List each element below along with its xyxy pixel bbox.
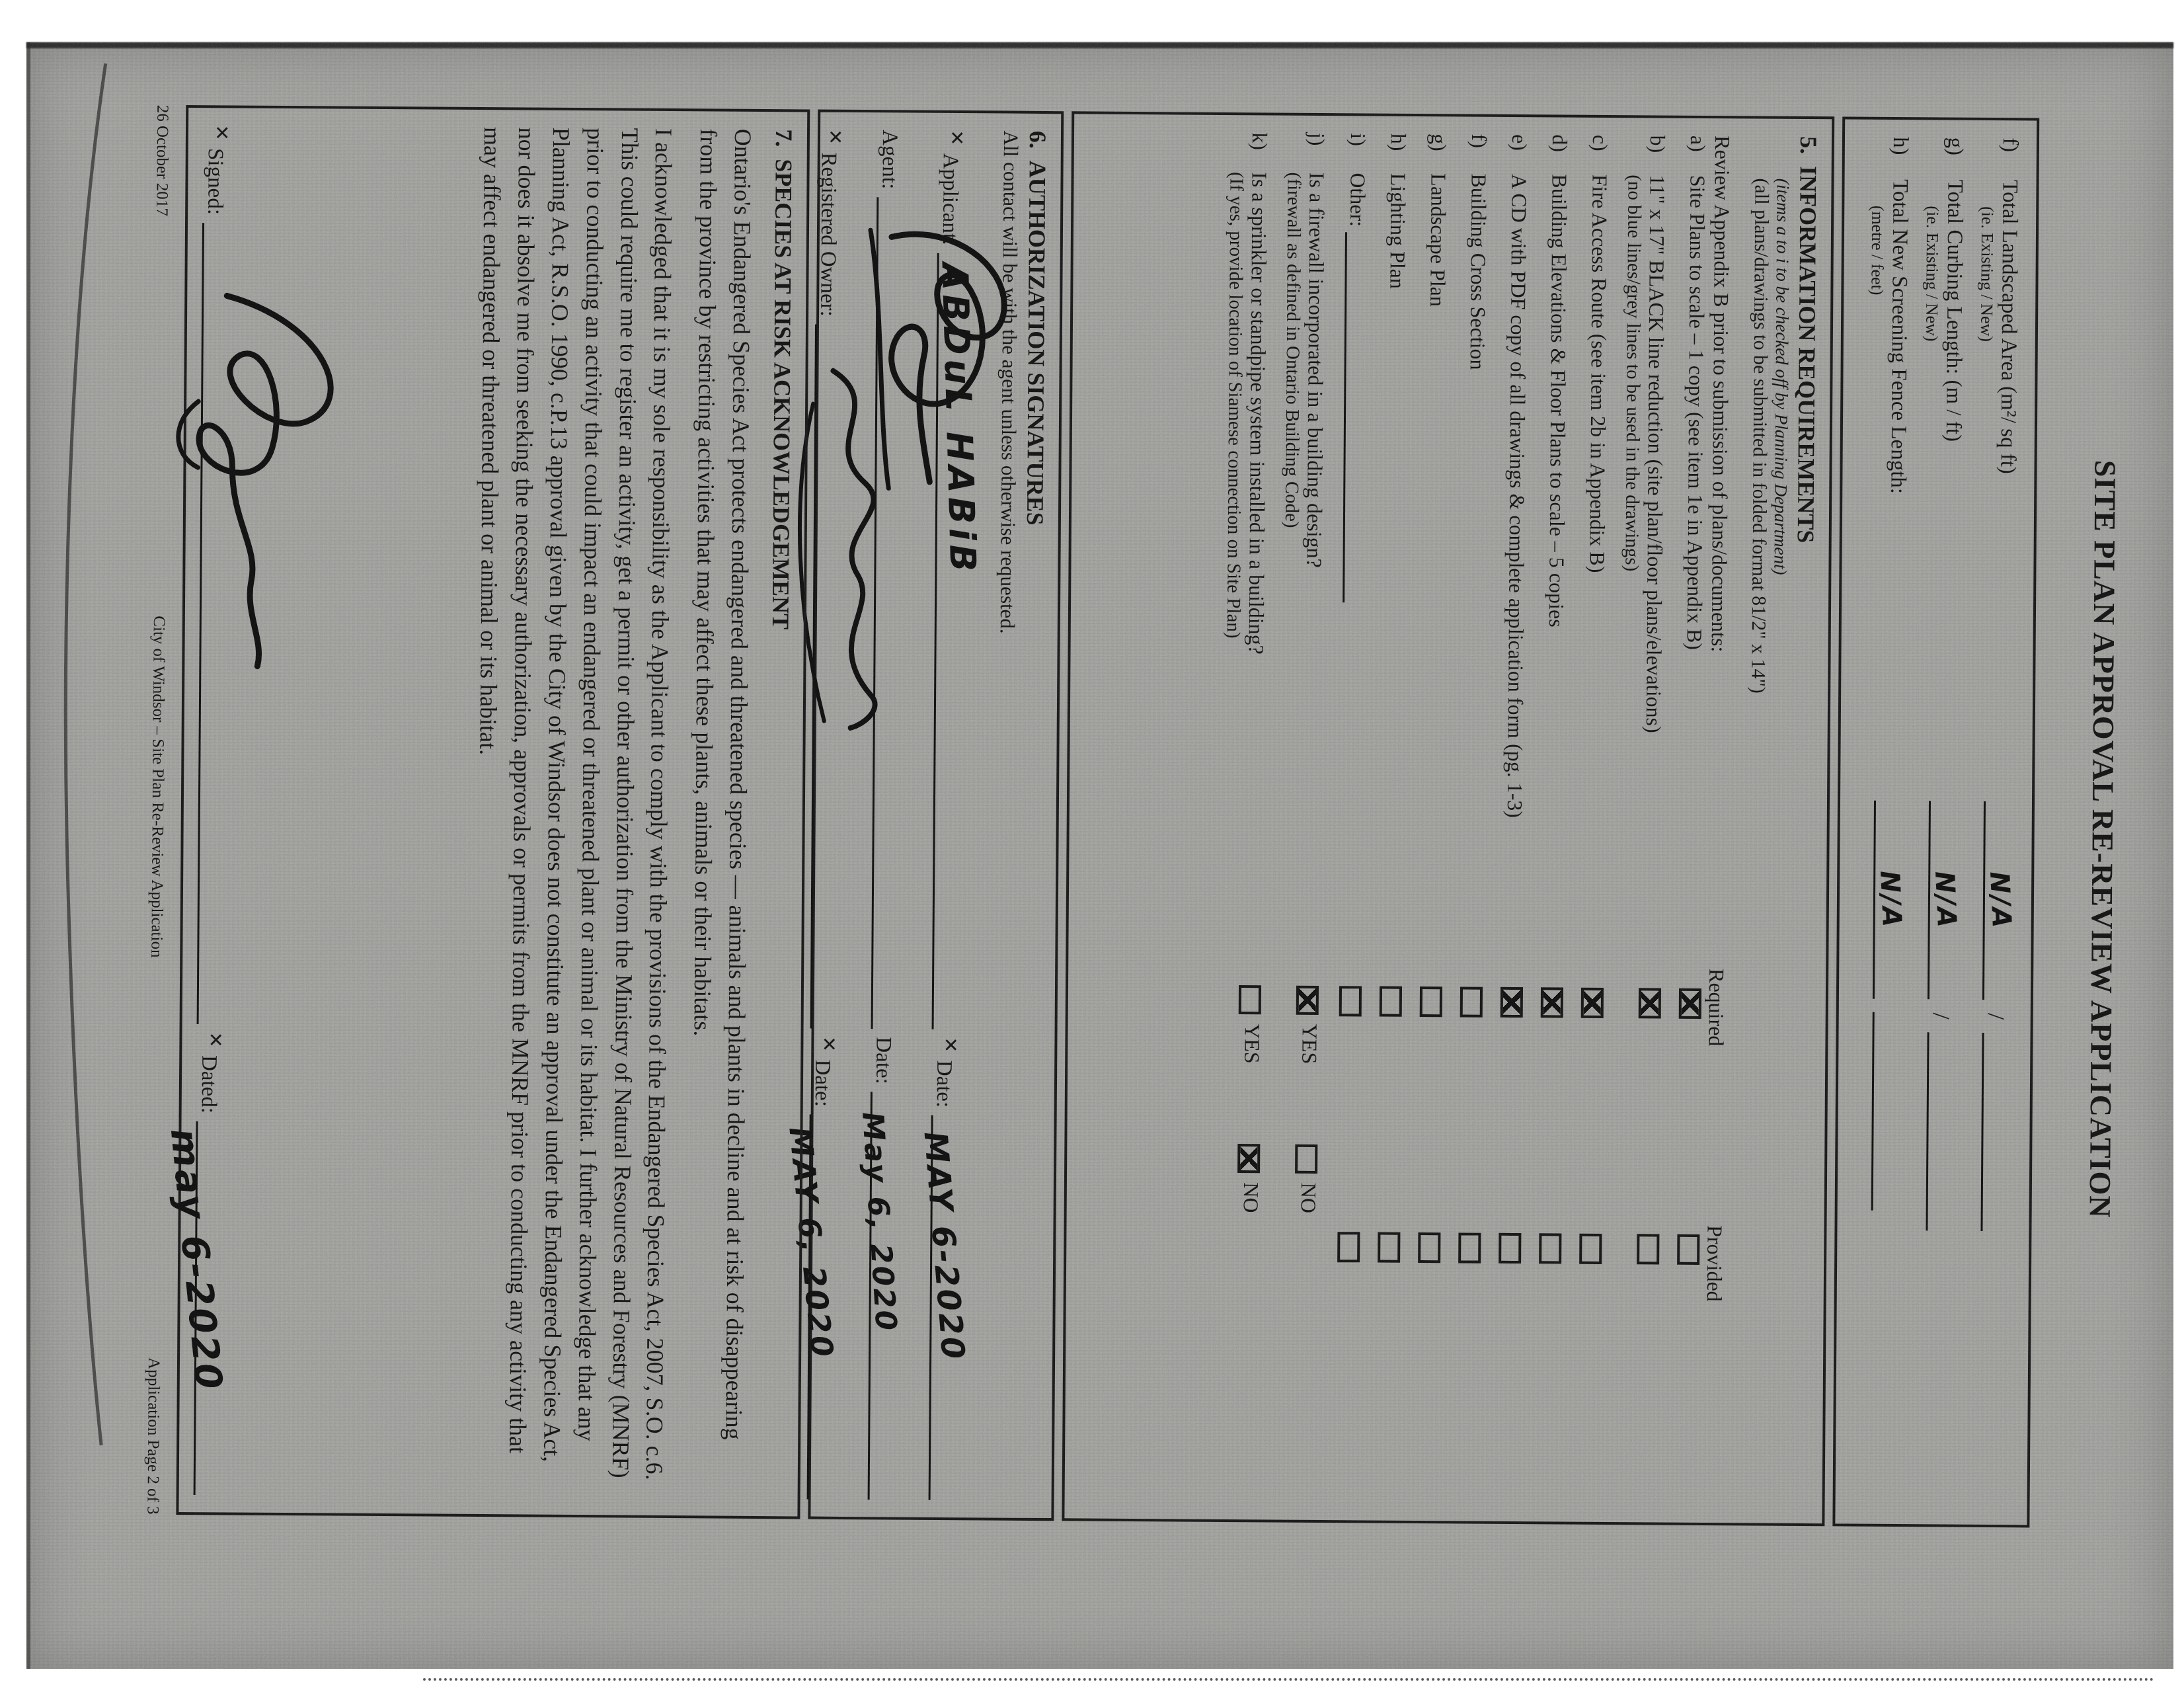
section-5-information-requirements: 5. INFORMATION REQUIREMENTS (items a to …	[1062, 111, 1834, 1526]
requirement-row-c: c)Fire Access Route (see item 2b in Appe…	[1574, 135, 1612, 1505]
row-sublabel: (metre / feet)	[1863, 206, 1887, 774]
date-label: Date:	[871, 1037, 895, 1084]
acknowledgement-paragraph: I acknowledged that it is my sole respon…	[465, 127, 680, 1484]
row-id: f)	[1998, 138, 2022, 180]
date-label: Date:	[931, 1061, 956, 1108]
provided-checkbox	[1677, 1234, 1699, 1265]
item-label: Is a sprinkler or standpipe system insta…	[1245, 172, 1272, 655]
item-label: Other:	[1345, 173, 1370, 227]
item-sublabel: (If yes, provide location of Siamese con…	[1222, 172, 1247, 655]
requirement-row-b: b)11" x 17" BLACK line reduction (site p…	[1614, 135, 1670, 1505]
provided-checkbox	[1378, 1232, 1400, 1263]
footer-document-name: City of Windsor – Site Plan Re-Review Ap…	[147, 616, 168, 957]
requirement-row-d: d)Building Elevations & Floor Plans to s…	[1534, 134, 1572, 1504]
item-id: h)	[1386, 134, 1411, 173]
provided-checkbox	[1418, 1232, 1440, 1263]
page-footer: 26 October 2017 City of Windsor – Site P…	[143, 105, 171, 1515]
row-id: g)	[1943, 137, 1967, 179]
provided-checkbox	[1499, 1233, 1521, 1264]
section-number: 6.	[1025, 131, 1051, 149]
provided-checkbox	[1637, 1234, 1659, 1264]
section-title: SPECIES AT RISK ACKNOWLEDGEMENT	[767, 159, 797, 629]
section-number: 7.	[771, 129, 797, 147]
section-title: AUTHORIZATION SIGNATURES	[1022, 161, 1051, 526]
item-label: Fire Access Route (see item 2b in Append…	[1584, 175, 1612, 573]
signed-signature-line	[197, 223, 268, 1025]
no-label: NO	[1297, 1183, 1321, 1213]
form-page: SITE PLAN APPROVAL RE-REVIEW APPLICATION…	[26, 30, 2181, 1634]
provided-column-header: Provided	[1702, 1225, 1727, 1302]
value-line: N/A	[1928, 801, 1963, 999]
required-checkbox	[1679, 988, 1701, 1019]
item-id: c)	[1588, 135, 1612, 175]
footer-page-number: Application Page 2 of 3	[143, 1357, 163, 1515]
registered-owner-label: Registered Owner:	[815, 152, 841, 317]
applicant-label: Applicant:	[937, 153, 962, 246]
sprinkler-question-row: k)Is a sprinkler or standpipe system ins…	[1216, 132, 1272, 1502]
x-mark: ×	[814, 1037, 845, 1052]
required-checkbox	[1420, 986, 1442, 1017]
item-id: j)	[1305, 133, 1329, 173]
x-mark: ×	[820, 130, 851, 145]
row-sublabel: (ie. Existing / New)	[1973, 206, 1997, 775]
handwritten-dated-value: may 6-2020	[162, 1127, 231, 1393]
requirement-row-g: g)Landscape Plan	[1413, 134, 1451, 1504]
agent-label: Agent:	[877, 130, 902, 189]
signed-dated-row: × Signed: × Dated: may 6-2020	[194, 125, 266, 1496]
no-checkbox	[1237, 1144, 1260, 1173]
item-sublabel: (no blue lines/grey lines to be used in …	[1619, 175, 1645, 733]
scanner-edge-dashed-line	[423, 1678, 2155, 1681]
handwritten-value: N/A	[1874, 870, 1907, 930]
item-label: 11" x 17" BLACK line reduction (site pla…	[1642, 175, 1670, 733]
applicant-signature-line: ABDuL HABiB	[932, 253, 1000, 1030]
requirement-row-i: i)Other:	[1331, 133, 1370, 1503]
provided-checkbox	[1579, 1234, 1602, 1264]
species-act-paragraph: Ontario's Endangered Species Act protect…	[682, 128, 760, 1484]
value-line: N/A	[1873, 801, 1908, 999]
row-sublabel: (ie. Existing / New)	[1918, 206, 1942, 774]
total-screening-fence-row: h) Total New Screening Fence Length: (me…	[1859, 137, 1912, 1507]
dated-line: may 6-2020	[194, 1121, 198, 1495]
item-label: Building Elevations & Floor Plans to sca…	[1544, 174, 1572, 627]
page-title: SITE PLAN APPROVAL RE-REVIEW APPLICATION	[2080, 44, 2126, 1634]
item-id: a)	[1686, 136, 1710, 175]
required-checkbox	[1639, 988, 1661, 1018]
review-appendix-note: Review Appendix B prior to submission of…	[1707, 136, 1735, 653]
provided-checkbox	[1458, 1232, 1481, 1263]
other-blank-line	[1343, 232, 1370, 602]
item-id: f)	[1467, 134, 1491, 173]
blank-line	[1980, 1033, 2015, 1231]
x-mark: ×	[207, 125, 238, 140]
section-number: 5.	[1795, 136, 1822, 154]
required-column-header: Required	[1703, 969, 1729, 1047]
blank-line	[1926, 1032, 1961, 1230]
item-id: i)	[1346, 133, 1370, 173]
item-sublabel: (firewall as defined in Ontario Building…	[1280, 173, 1304, 568]
required-checkbox	[1339, 986, 1362, 1016]
required-checkbox	[1541, 987, 1563, 1018]
agent-date-line: May 6, 2020	[868, 1092, 873, 1500]
requirement-row-f: f)Building Cross Section	[1453, 134, 1491, 1504]
x-mark: ×	[942, 130, 973, 145]
item-label: Landscape Plan	[1425, 173, 1450, 307]
agent-signature-line	[871, 197, 940, 1029]
item-label: Is a firewall incorporated in a building…	[1302, 173, 1329, 568]
registered-owner-date-line: MAY 6, 2020	[807, 1115, 812, 1500]
handwritten-value: N/A	[1929, 871, 1962, 930]
item-label: Site Plans to scale – 1 copy (see item 1…	[1682, 175, 1710, 650]
date-label: Date:	[810, 1059, 834, 1107]
yes-label: YES	[1298, 1024, 1321, 1064]
requirement-row-h: h)Lighting Plan	[1372, 134, 1411, 1504]
section-title: INFORMATION REQUIREMENTS	[1793, 166, 1822, 543]
handwritten-value: N/A	[1984, 871, 2017, 930]
total-landscaped-area-row: f) Total Landscaped Area (m²/ sq ft) (ie…	[1969, 138, 2022, 1507]
x-mark: ×	[200, 1032, 231, 1047]
x-mark: ×	[935, 1037, 966, 1053]
no-label: NO	[1239, 1182, 1263, 1213]
slash-separator: /	[1982, 1013, 2010, 1020]
item-id: d)	[1547, 134, 1572, 174]
item-id: e)	[1507, 134, 1532, 174]
yes-checkbox	[1296, 986, 1319, 1015]
item-id: k)	[1247, 132, 1272, 172]
required-checkbox	[1581, 988, 1604, 1018]
value-line: N/A	[1982, 801, 2017, 1000]
item-id: g)	[1426, 134, 1451, 173]
item-label: A CD with PDF copy of all drawings & com…	[1502, 174, 1532, 818]
row-label: Total Landscaped Area (m²/ sq ft)	[1996, 180, 2021, 474]
agent-signature-row: Agent: Date: May 6, 2020	[868, 130, 938, 1500]
required-checkbox	[1460, 986, 1483, 1017]
required-checkbox	[1501, 987, 1523, 1018]
yes-checkbox	[1239, 985, 1261, 1014]
requirement-row-e: e)A CD with PDF copy of all drawings & c…	[1493, 134, 1532, 1504]
total-curbing-length-row: g) Total Curbing Length: (m / ft) (ie. E…	[1914, 137, 1967, 1507]
signed-signature	[165, 268, 366, 680]
no-checkbox	[1295, 1144, 1317, 1174]
registered-owner-signature-line	[810, 325, 878, 1029]
provided-checkbox	[1539, 1233, 1561, 1264]
required-checkbox	[1380, 986, 1402, 1017]
yes-label: YES	[1240, 1024, 1264, 1064]
section-4-totals-box: f) Total Landscaped Area (m²/ sq ft) (ie…	[1832, 116, 2039, 1527]
item-label: Building Cross Section	[1465, 173, 1491, 370]
provided-checkbox	[1337, 1232, 1360, 1262]
item-id: b)	[1645, 135, 1670, 175]
row-label: Total New Screening Fence Length:	[1886, 179, 1912, 494]
dated-label: Dated:	[196, 1055, 221, 1113]
blank-line	[1871, 1012, 1906, 1211]
slash-separator: /	[1928, 1012, 1955, 1019]
row-id: h)	[1888, 137, 1912, 179]
scan-sheet: SITE PLAN APPROVAL RE-REVIEW APPLICATION…	[26, 42, 2173, 1669]
firewall-question-row: j)Is a firewall incorporated in a buildi…	[1274, 133, 1329, 1503]
applicant-signature-row: × Applicant: ABDuL HABiB × Date: MAY 6-2…	[929, 130, 999, 1501]
section-7-species-at-risk: 7. SPECIES AT RISK ACKNOWLEDGEMENT Ontar…	[176, 105, 810, 1519]
footer-date: 26 October 2017	[152, 105, 171, 216]
row-label: Total Curbing Length: (m / ft)	[1941, 179, 1967, 442]
scanned-document-canvas: SITE PLAN APPROVAL RE-REVIEW APPLICATION…	[0, 0, 2184, 1686]
applicant-date-line: MAY 6-2020	[929, 1115, 933, 1500]
item-label: Lighting Plan	[1385, 173, 1410, 289]
signed-label: Signed:	[202, 148, 227, 215]
applicant-handwritten-name: ABDuL HABiB	[933, 262, 984, 576]
section-6-authorization-signatures: 6. AUTHORIZATION SIGNATURES All contact …	[808, 110, 1064, 1521]
